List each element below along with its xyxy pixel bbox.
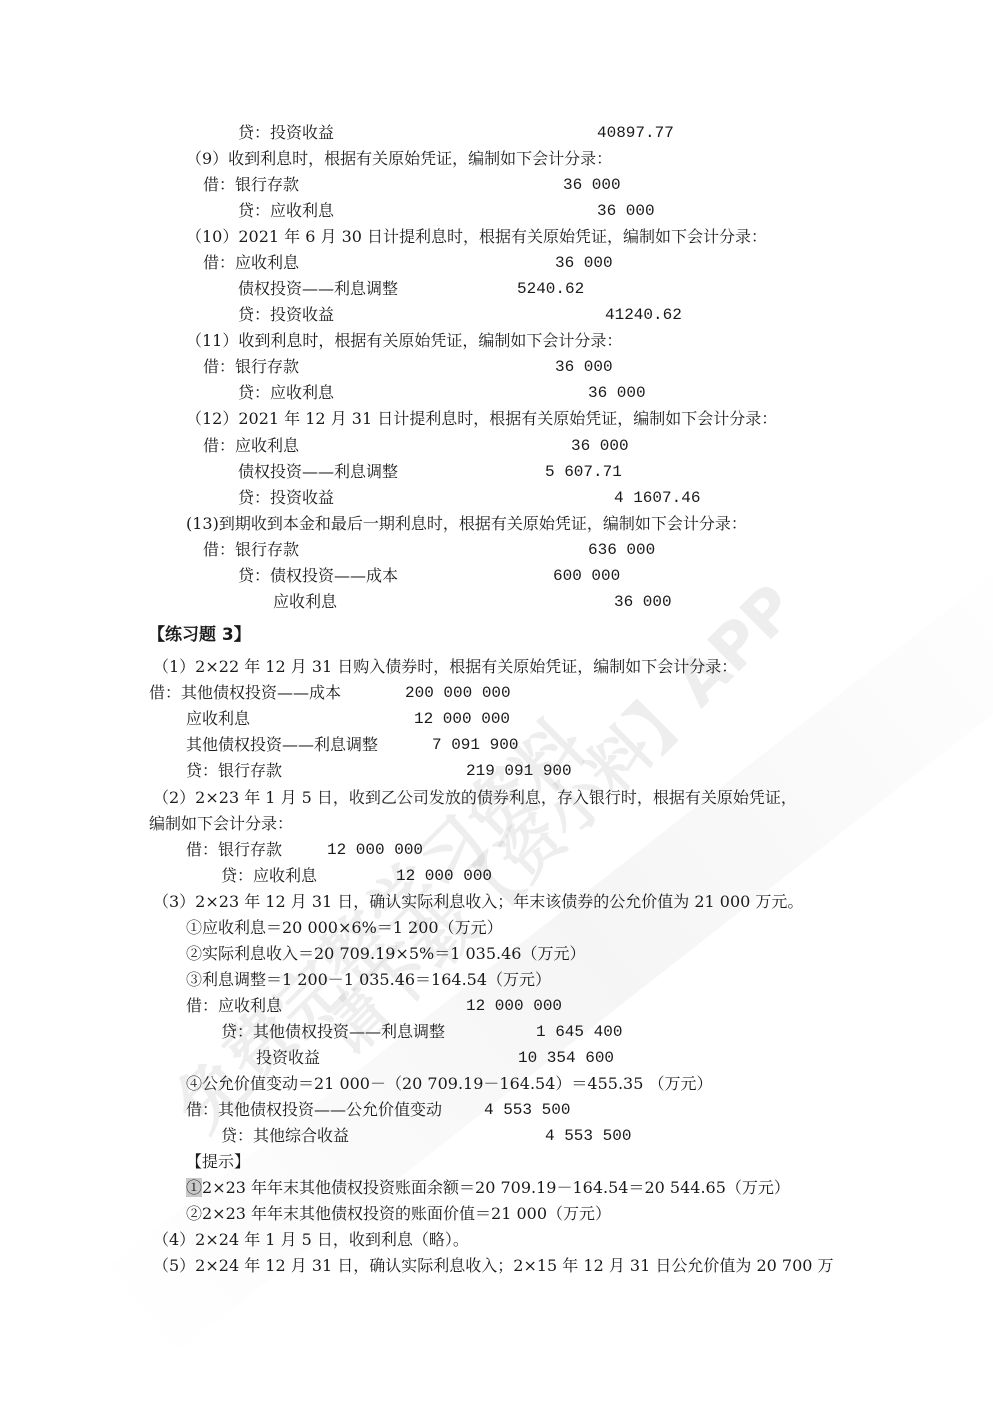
entry-12-debit-label: 借：应收利息 [203,436,299,456]
q2-debit-amount: 12 000 000 [327,840,423,860]
entry-9-debit-label: 借：银行存款 [203,175,299,195]
q1-debit2-label: 应收利息 [186,709,250,729]
entry-12-credit-amount: 4 1607.46 [614,488,700,508]
q1-debit3-amount: 7 091 900 [432,735,518,755]
q3-entry1-credit-label: 贷：其他债权投资——利息调整 [221,1022,445,1042]
q1-debit3-label: 其他债权投资——利息调整 [186,735,378,755]
entry-12-credit-label: 贷：投资收益 [238,488,334,508]
q3-calc-3: ③利息调整＝1 200－1 035.46＝164.54（万元） [186,970,551,990]
entry-12-debit2-amount: 5 607.71 [545,462,622,482]
entry-13-credit2-amount: 36 000 [614,592,672,612]
document-page: 免费完整学习资料 请下载【资小料】APP 贷：投资收益 40897.77 （9）… [0,0,993,1404]
q3-entry2-credit-label: 贷：其他综合收益 [221,1126,349,1146]
q1-credit-amount: 219 091 900 [466,761,572,781]
q3-entry1-debit-amount: 12 000 000 [466,996,562,1016]
q1-title: （1）2×22 年 12 月 31 日购入债券时，根据有关原始凭证，编制如下会计… [153,657,737,677]
entry-10-title: （10）2021 年 6 月 30 日计提利息时，根据有关原始凭证，编制如下会计… [186,227,767,247]
q1-debit2-amount: 12 000 000 [414,709,510,729]
exercise-3-heading: 【练习题 3】 [148,624,251,646]
entry-12-title: （12）2021 年 12 月 31 日计提利息时，根据有关原始凭证，编制如下会… [186,409,777,429]
tip-1-text: 2×23 年年末其他债权投资账面余额＝20 709.19－164.54＝20 5… [202,1178,790,1197]
entry-9-debit-amount: 36 000 [563,175,621,195]
entry-11-debit-amount: 36 000 [555,357,613,377]
entry-11-credit-label: 贷：应收利息 [238,383,334,403]
q3-calc-1: ①应收利息＝20 000×6%＝1 200（万元） [186,918,503,938]
q2-credit-amount: 12 000 000 [396,866,492,886]
entry-13-debit-label: 借：银行存款 [203,540,299,560]
q3-entry1-credit-amount: 1 645 400 [536,1022,622,1042]
tip-2: ②2×23 年年末其他债权投资的账面价值＝21 000（万元） [186,1204,611,1224]
q1-debit1-amount: 200 000 000 [405,683,511,703]
entry-9-credit-label: 贷：应收利息 [238,201,334,221]
q2-title: （2）2×23 年 1 月 5 日，收到乙公司发放的债券利息，存入银行时，根据有… [153,788,797,808]
entry-10-credit-amount: 41240.62 [605,305,682,325]
q1-credit-label: 贷：银行存款 [186,761,282,781]
entry-10-debit-label: 借：应收利息 [203,253,299,273]
entry-13-debit-amount: 636 000 [588,540,655,560]
entry-10-credit-label: 贷：投资收益 [238,305,334,325]
q3-entry1-credit2-amount: 10 354 600 [518,1048,614,1068]
q2-title-cont: 编制如下会计分录： [149,814,293,834]
entry-8-credit-label: 贷：投资收益 [238,123,334,143]
entry-13-credit-label: 贷：债权投资——成本 [238,566,398,586]
q4-title: （4）2×24 年 1 月 5 日，收到利息（略）。 [153,1230,469,1250]
q2-debit-label: 借：银行存款 [186,840,282,860]
q3-title: （3）2×23 年 12 月 31 日，确认实际利息收入；年末该债券的公允价值为… [153,892,803,912]
tip-1-marker: ① [186,1178,202,1197]
q3-calc-2: ②实际利息收入＝20 709.19×5%＝1 035.46（万元） [186,944,585,964]
tip-1: ①2×23 年年末其他债权投资账面余额＝20 709.19－164.54＝20 … [186,1178,790,1198]
q2-credit-label: 贷：应收利息 [221,866,317,886]
entry-13-credit-amount: 600 000 [553,566,620,586]
entry-8-credit-amount: 40897.77 [597,123,674,143]
q5-title: （5）2×24 年 12 月 31 日，确认实际利息收入；2×15 年 12 月… [153,1256,834,1276]
entry-13-credit2-label: 应收利息 [273,592,337,612]
q3-entry2-debit-amount: 4 553 500 [484,1100,570,1120]
entry-13-title: (13)到期收到本金和最后一期利息时，根据有关原始凭证，编制如下会计分录： [186,514,747,534]
q3-entry1-credit2-label: 投资收益 [256,1048,320,1068]
tip-heading: 【提示】 [186,1152,250,1172]
entry-12-debit-amount: 36 000 [571,436,629,456]
entry-12-debit2-label: 债权投资——利息调整 [238,462,398,482]
entry-9-credit-amount: 36 000 [597,201,655,221]
entry-10-debit2-amount: 5240.62 [517,279,584,299]
entry-10-debit-amount: 36 000 [555,253,613,273]
entry-10-debit2-label: 债权投资——利息调整 [238,279,398,299]
q3-entry2-credit-amount: 4 553 500 [545,1126,631,1146]
q1-debit1-label: 借：其他债权投资——成本 [149,683,341,703]
entry-9-title: （9）收到利息时，根据有关原始凭证，编制如下会计分录： [186,149,612,169]
q3-calc-4: ④公允价值变动＝21 000－（20 709.19－164.54）＝455.35… [186,1074,712,1094]
entry-11-title: （11）收到利息时，根据有关原始凭证，编制如下会计分录： [186,331,622,351]
entry-11-debit-label: 借：银行存款 [203,357,299,377]
q3-entry1-debit-label: 借：应收利息 [186,996,282,1016]
q3-entry2-debit-label: 借：其他债权投资——公允价值变动 [186,1100,442,1120]
entry-11-credit-amount: 36 000 [588,383,646,403]
